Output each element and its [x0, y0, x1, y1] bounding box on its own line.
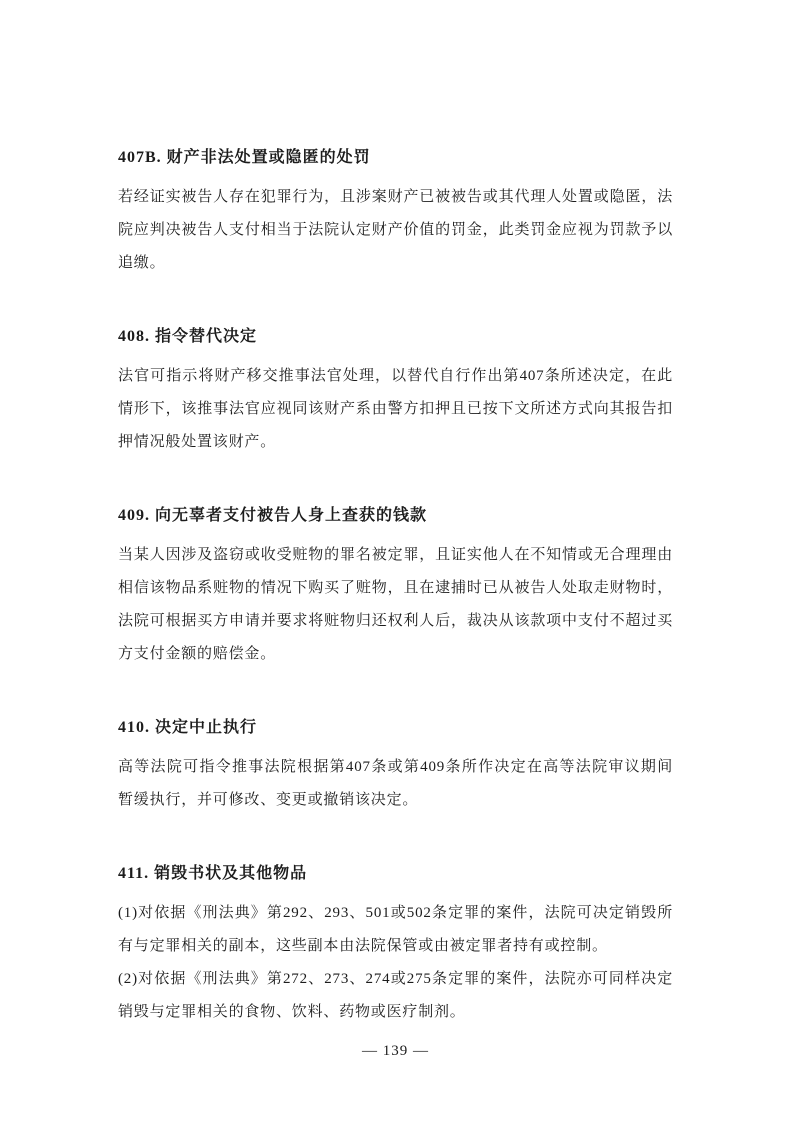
section-407b-paragraph: 若经证实被告人存在犯罪行为，且涉案财产已被被告或其代理人处置或隐匿，法院应判决被… [118, 181, 673, 280]
section-411-paragraph-2: (2)对依据《刑法典》第272、273、274或275条定罪的案件，法院亦可同样… [118, 963, 673, 1029]
section-410: 410. 决定中止执行 高等法院可指令推事法院根据第407条或第409条所作决定… [118, 717, 673, 817]
document-page: 407B. 财产非法处置或隐匿的处罚 若经证实被告人存在犯罪行为，且涉案财产已被… [0, 0, 793, 1122]
section-408-heading: 408. 指令替代决定 [118, 326, 673, 348]
page-footer: — 139 — [118, 1043, 673, 1060]
section-411-paragraph-1: (1)对依据《刑法典》第292、293、501或502条定罪的案件，法院可决定销… [118, 897, 673, 963]
section-411-heading: 411. 销毁书状及其他物品 [118, 863, 673, 885]
section-409-heading: 409. 向无辜者支付被告人身上查获的钱款 [118, 505, 673, 527]
section-408-paragraph: 法官可指示将财产移交推事法官处理，以替代自行作出第407条所述决定，在此情形下，… [118, 360, 673, 459]
section-409-paragraph: 当某人因涉及盗窃或收受赃物的罪名被定罪，且证实他人在不知情或无合理理由相信该物品… [118, 539, 673, 671]
section-407b: 407B. 财产非法处置或隐匿的处罚 若经证实被告人存在犯罪行为，且涉案财产已被… [118, 147, 673, 280]
section-411: 411. 销毁书状及其他物品 (1)对依据《刑法典》第292、293、501或5… [118, 863, 673, 1029]
section-410-paragraph: 高等法院可指令推事法院根据第407条或第409条所作决定在高等法院审议期间暂缓执… [118, 751, 673, 817]
section-410-heading: 410. 决定中止执行 [118, 717, 673, 739]
section-407b-heading: 407B. 财产非法处置或隐匿的处罚 [118, 147, 673, 169]
section-409: 409. 向无辜者支付被告人身上查获的钱款 当某人因涉及盗窃或收受赃物的罪名被定… [118, 505, 673, 671]
section-408: 408. 指令替代决定 法官可指示将财产移交推事法官处理，以替代自行作出第407… [118, 326, 673, 459]
page-number: — 139 — [362, 1043, 429, 1059]
